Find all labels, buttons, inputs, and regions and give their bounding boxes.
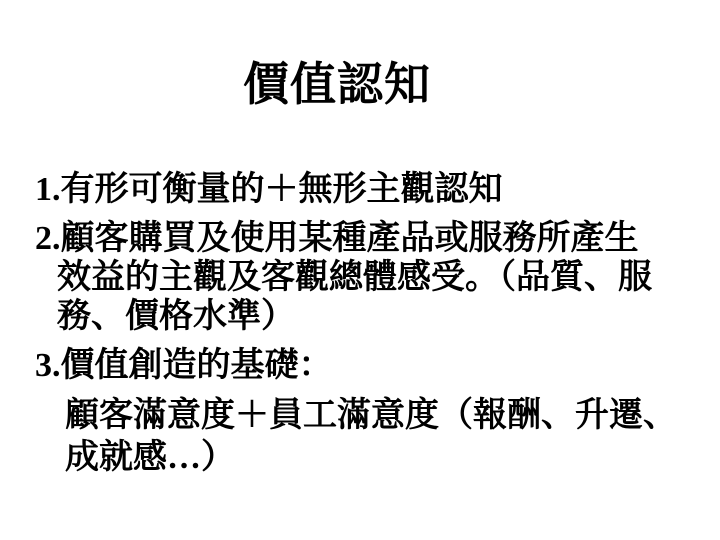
list-item-3-sub: 顧客滿意度＋員工滿意度（報酬、升遷、 成就感…） bbox=[35, 395, 708, 479]
list-item-line: 效益的主觀及客觀總體感受。（品質、服 bbox=[35, 258, 708, 297]
list-item-line: 務、價格水準） bbox=[35, 297, 708, 336]
list-item-line: 顧客滿意度＋員工滿意度（報酬、升遷、 bbox=[35, 395, 708, 437]
item-number: 3. bbox=[35, 347, 61, 384]
item-text: 價值創造的基礎： bbox=[61, 347, 333, 384]
list-item-2: 2.顧客購買及使用某種產品或服務所產生 效益的主觀及客觀總體感受。（品質、服 務… bbox=[35, 219, 708, 336]
slide-title: 價值認知 bbox=[0, 58, 720, 112]
item-number: 1. bbox=[35, 171, 61, 208]
list-item-1: 1.有形可衡量的＋無形主觀認知 bbox=[35, 170, 708, 209]
item-number: 2. bbox=[35, 220, 61, 257]
list-item-line: 1.有形可衡量的＋無形主觀認知 bbox=[35, 170, 708, 209]
item-text: 有形可衡量的＋無形主觀認知 bbox=[61, 171, 503, 208]
list-item-3: 3.價值創造的基礎： bbox=[35, 346, 708, 385]
presentation-slide: 價值認知 1.有形可衡量的＋無形主觀認知 2.顧客購買及使用某種產品或服務所產生… bbox=[0, 0, 720, 540]
slide-body: 1.有形可衡量的＋無形主觀認知 2.顧客購買及使用某種產品或服務所產生 效益的主… bbox=[35, 170, 708, 489]
list-item-line: 成就感…） bbox=[35, 437, 708, 479]
item-text: 顧客購買及使用某種產品或服務所產生 bbox=[61, 220, 639, 257]
list-item-line: 3.價值創造的基礎： bbox=[35, 346, 708, 385]
list-item-line: 2.顧客購買及使用某種產品或服務所產生 bbox=[35, 219, 708, 258]
